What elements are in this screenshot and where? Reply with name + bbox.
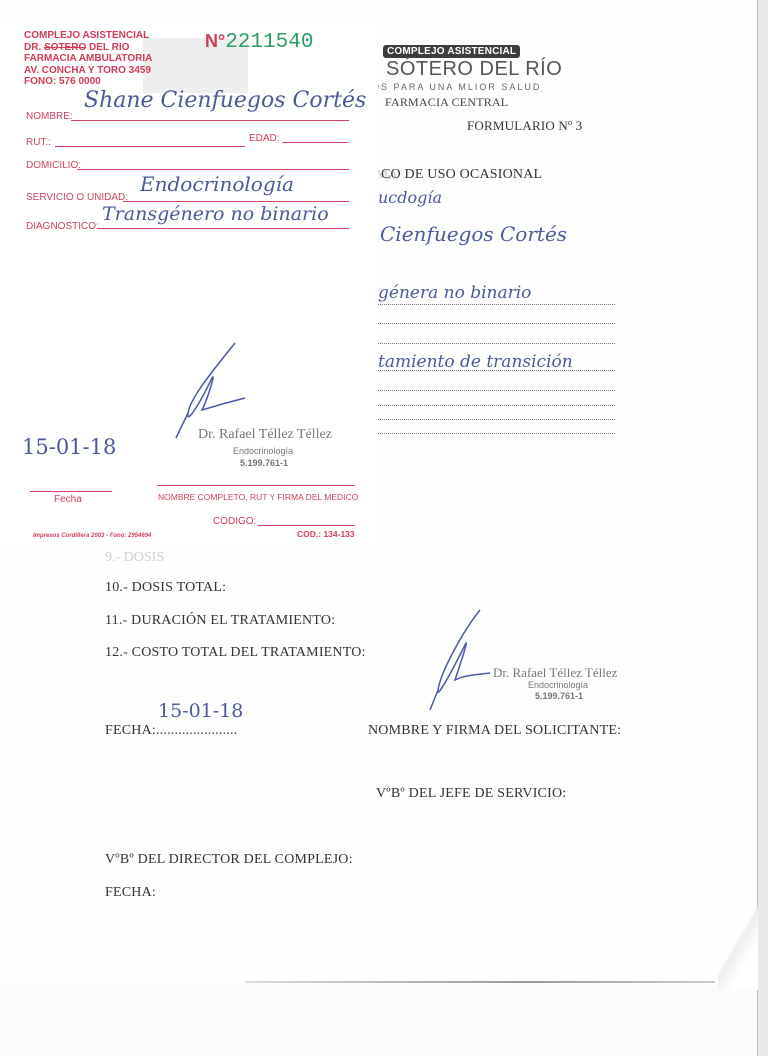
form-number: FORMULARIO Nº 3 [467,118,582,134]
fecha-label: Fecha [54,494,82,505]
slip-handwritten-date: 15-01-18 [22,435,116,459]
page-fold [718,900,758,990]
slip-header-line: FONO: 576 0000 [24,76,152,88]
stamp-specialty: Endocrinología [528,680,588,690]
rut-label: RUT.: [26,137,51,148]
doctor-sign-field[interactable] [157,485,355,486]
diagnostico-label: DIAGNOSTICO: [26,221,99,232]
dotted-line [375,323,615,324]
nombre-field[interactable] [71,120,349,121]
item-duration: 11.- DURACIÓN EL TRATAMIENTO: [105,613,335,629]
slip-stamp-id: 5.199.761-1 [240,458,288,468]
domicilio-label: DOMICILIO: [26,160,81,171]
slip-header: COMPLEJO ASISTENCIAL DR. SOTERO DEL RIO … [24,30,152,88]
folio-number: N°2211540 [205,31,313,54]
date-field[interactable]: FECHA:...................... [105,723,237,739]
handwritten-date: 15-01-18 [158,700,243,722]
codigo-label: CODIGO: [213,516,256,527]
fecha-field[interactable] [30,491,112,492]
servicio-label: SERVICIO O UNIDAD: [26,192,128,203]
handwritten-justification: tamiento de transición [378,352,573,372]
final-date-label: FECHA: [105,885,156,901]
handwritten-service: ucdogía [378,188,442,207]
ghost-dose: 9.- DOSIS [105,550,164,566]
folio-prefix: N° [205,31,225,51]
requester-label: NOMBRE Y FIRMA DEL SOLICITANTE: [368,723,621,739]
nombre-label: NOMBRE: [26,111,73,122]
servicio-field[interactable] [123,201,349,202]
edad-field[interactable] [282,142,348,143]
domicilio-field[interactable] [77,169,349,170]
dotted-line [375,405,615,406]
slip-header-line: DR. SOTERO DEL RIO [24,42,152,54]
codigo-field[interactable] [258,525,355,526]
edad-label: EDAD: [249,133,280,144]
logo-badge: COMPLEJO ASISTENCIAL [383,45,520,58]
slip-stamp-specialty: Endocrinología [233,446,293,456]
dotted-line [375,304,615,305]
stamp-id: 5.199.761-1 [535,691,583,701]
dotted-line [375,419,615,420]
servicio-value: Endocrinología [140,172,294,196]
form-heading: CO DE USO OCASIONAL [381,167,542,183]
dotted-line [375,343,615,344]
stamp-name: Dr. Rafael Téllez Téllez [493,665,617,681]
handwritten-patient-name: Cienfuegos Cortés [380,222,567,246]
item-total-cost: 12.- COSTO TOTAL DEL TRATAMIENTO: [105,645,366,661]
service-head-label: VºBº DEL JEFE DE SERVICIO: [376,786,566,802]
struck-word: SOTERO [44,42,86,53]
dotted-line [375,370,615,371]
item-total-dose: 10.- DOSIS TOTAL: [105,580,226,596]
page-edge [757,0,768,1056]
doctor-signature [420,605,510,715]
diagnostico-value: Transgénero no binario [102,203,329,225]
logo-title: SÓTERO DEL RÍO [386,58,562,81]
nombre-value: Shane Cienfuegos Cortés [84,88,366,113]
folio-value: 2211540 [225,31,313,54]
doctor-sign-label: NOMBRE COMPLETO, RUT Y FIRMA DEL MEDICO [158,492,358,502]
logo-tagline: OS PARA UNA MLIOR SALUD [372,82,541,92]
dotted-line [375,390,615,391]
cod-number: COD.: 134-133 [297,529,355,539]
slip-header-line: AV. CONCHA Y TORO 3459 [24,65,152,77]
handwritten-diagnosis: génera no binario [378,283,531,303]
page-bottom-edge [245,981,715,983]
slip-stamp-name: Dr. Rafael Téllez Téllez [198,427,332,443]
slip-header-line: COMPLEJO ASISTENCIAL [24,30,152,42]
director-label: VºBº DEL DIRECTOR DEL COMPLEJO: [105,852,353,868]
printer-credit: Impresos Cordillera 2003 - Fono: 2954694 [33,533,151,539]
diagnostico-field[interactable] [97,228,349,229]
slip-header-line: FARMACIA AMBULATORIA [24,53,152,65]
dotted-line [375,433,615,434]
department: FARMACIA CENTRAL [385,95,508,110]
rut-field[interactable] [55,146,245,147]
